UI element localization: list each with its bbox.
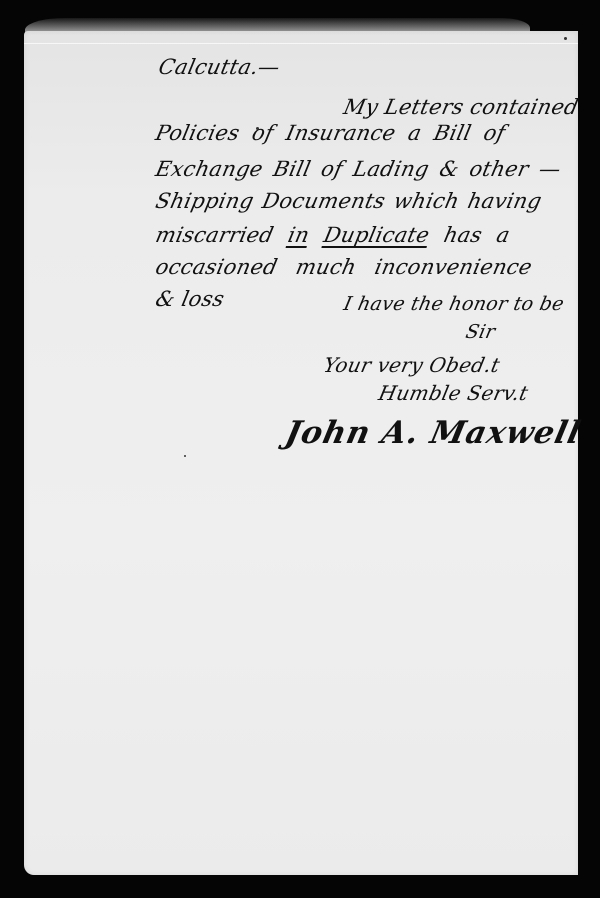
- paper-speck: [564, 37, 567, 40]
- scan-background: Calcutta.— My Letters contained Policies…: [0, 0, 600, 898]
- body-line-2: Policies of Insurance a Bill of: [153, 121, 507, 145]
- paper-fold-line: [24, 43, 578, 44]
- body-line-4: Shipping Documents which having: [153, 189, 544, 213]
- closing-line-1: I have the honor to be: [342, 293, 567, 315]
- body-line-5-before: miscarried: [153, 223, 290, 247]
- body-line-5: miscarried in Duplicate has a: [153, 223, 512, 247]
- body-line-5-after: has a: [427, 223, 513, 247]
- body-line-7: & loss: [153, 287, 226, 311]
- signature: John A. Maxwell: [282, 415, 584, 451]
- letter-place-heading: Calcutta.—: [156, 55, 282, 79]
- underlined-word-duplicate: Duplicate: [322, 223, 432, 247]
- body-line-1: My Letters contained: [341, 95, 580, 119]
- closing-line-4: Humble Serv.t: [376, 381, 530, 405]
- paper-speck: [184, 455, 186, 457]
- paper-speck: [256, 127, 259, 130]
- closing-salutation-sir: Sir: [464, 321, 498, 343]
- letter-page: Calcutta.— My Letters contained Policies…: [24, 31, 578, 875]
- closing-line-3: Your very Obed.t: [321, 353, 502, 377]
- body-line-6: occasioned much inconvenience: [153, 255, 534, 279]
- body-line-3: Exchange Bill of Lading & other —: [153, 157, 563, 181]
